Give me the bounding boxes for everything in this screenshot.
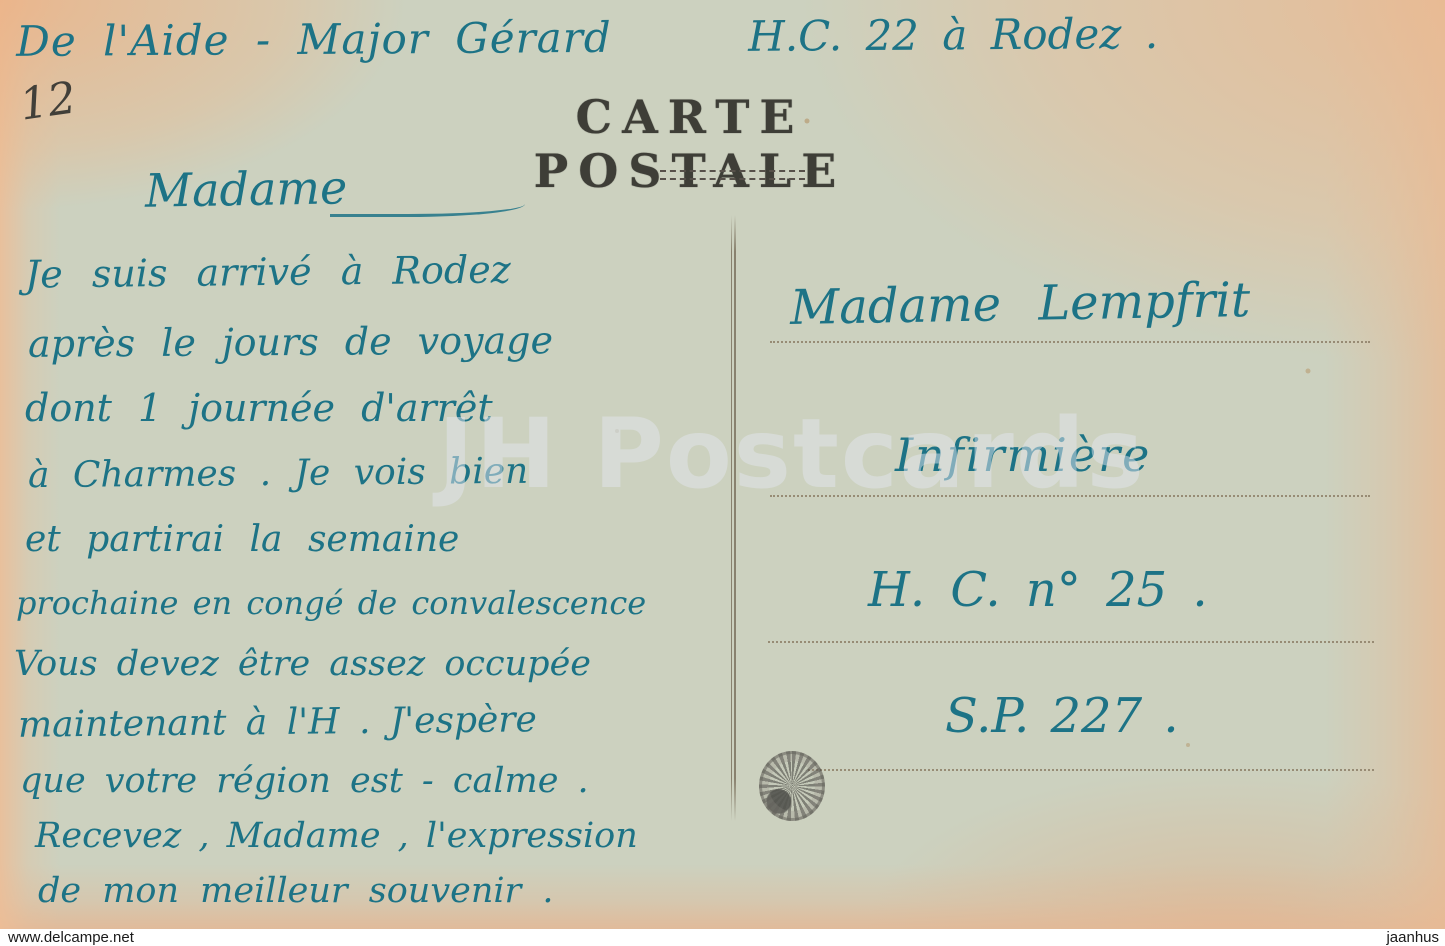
paper-speckles — [0, 0, 2, 2]
message-line: à Charmes . Je vois bien — [28, 451, 529, 496]
message-salutation: Madame — [145, 160, 348, 218]
carte-postale-title: CARTE POSTALE — [430, 90, 950, 198]
center-divider-line — [731, 215, 736, 821]
pencil-number: 12 — [17, 72, 80, 130]
address-line-sector: S.P. 227 . — [945, 688, 1179, 744]
message-line: maintenant à l'H . J'espère — [18, 699, 537, 745]
footer-credit-left: www.delcampe.net — [8, 929, 134, 946]
postcard-paper: De l'Aide - Major Gérard H.C. 22 à Rodez… — [0, 0, 1445, 929]
postal-seal-stamp — [759, 751, 825, 821]
address-line-title: Infirmière — [895, 428, 1151, 482]
message-line: que votre région est - calme . — [20, 761, 589, 801]
footer-credit-right: jaanhus — [1386, 929, 1439, 946]
address-dotted-line — [770, 341, 1370, 343]
message-line: et partirai la semaine — [25, 519, 459, 560]
message-line: Recevez , Madame , l'expression — [35, 816, 638, 856]
sender-note-left: De l'Aide - Major Gérard — [16, 13, 612, 66]
credit-strip: www.delcampe.net jaanhus — [0, 929, 1445, 946]
postcard-scan: De l'Aide - Major Gérard H.C. 22 à Rodez… — [0, 0, 1445, 946]
message-line: Vous devez être assez occupée — [14, 644, 591, 684]
pen-flourish — [330, 204, 525, 217]
address-line-name: Madame Lempfrit — [790, 272, 1251, 336]
sender-note-line: De l'Aide - Major Gérard H.C. 22 à Rodez… — [0, 7, 1445, 17]
address-dotted-line — [808, 769, 1374, 771]
message-line: prochaine en congé de convalescence — [16, 584, 646, 622]
title-divider-rule — [660, 170, 805, 180]
message-line: de mon meilleur souvenir . — [38, 871, 554, 911]
address-dotted-line — [770, 495, 1370, 497]
address-dotted-line — [768, 641, 1374, 643]
message-line: dont 1 journée d'arrêt — [25, 386, 493, 430]
address-line-hospital: H. C. n° 25 . — [868, 562, 1208, 618]
message-line: Je suis arrivé à Rodez — [25, 247, 511, 296]
sender-note-right: H.C. 22 à Rodez . — [748, 9, 1158, 61]
message-line: après le jours de voyage — [28, 318, 553, 366]
divider-hairline — [731, 215, 732, 821]
divider-hairline — [734, 215, 735, 821]
